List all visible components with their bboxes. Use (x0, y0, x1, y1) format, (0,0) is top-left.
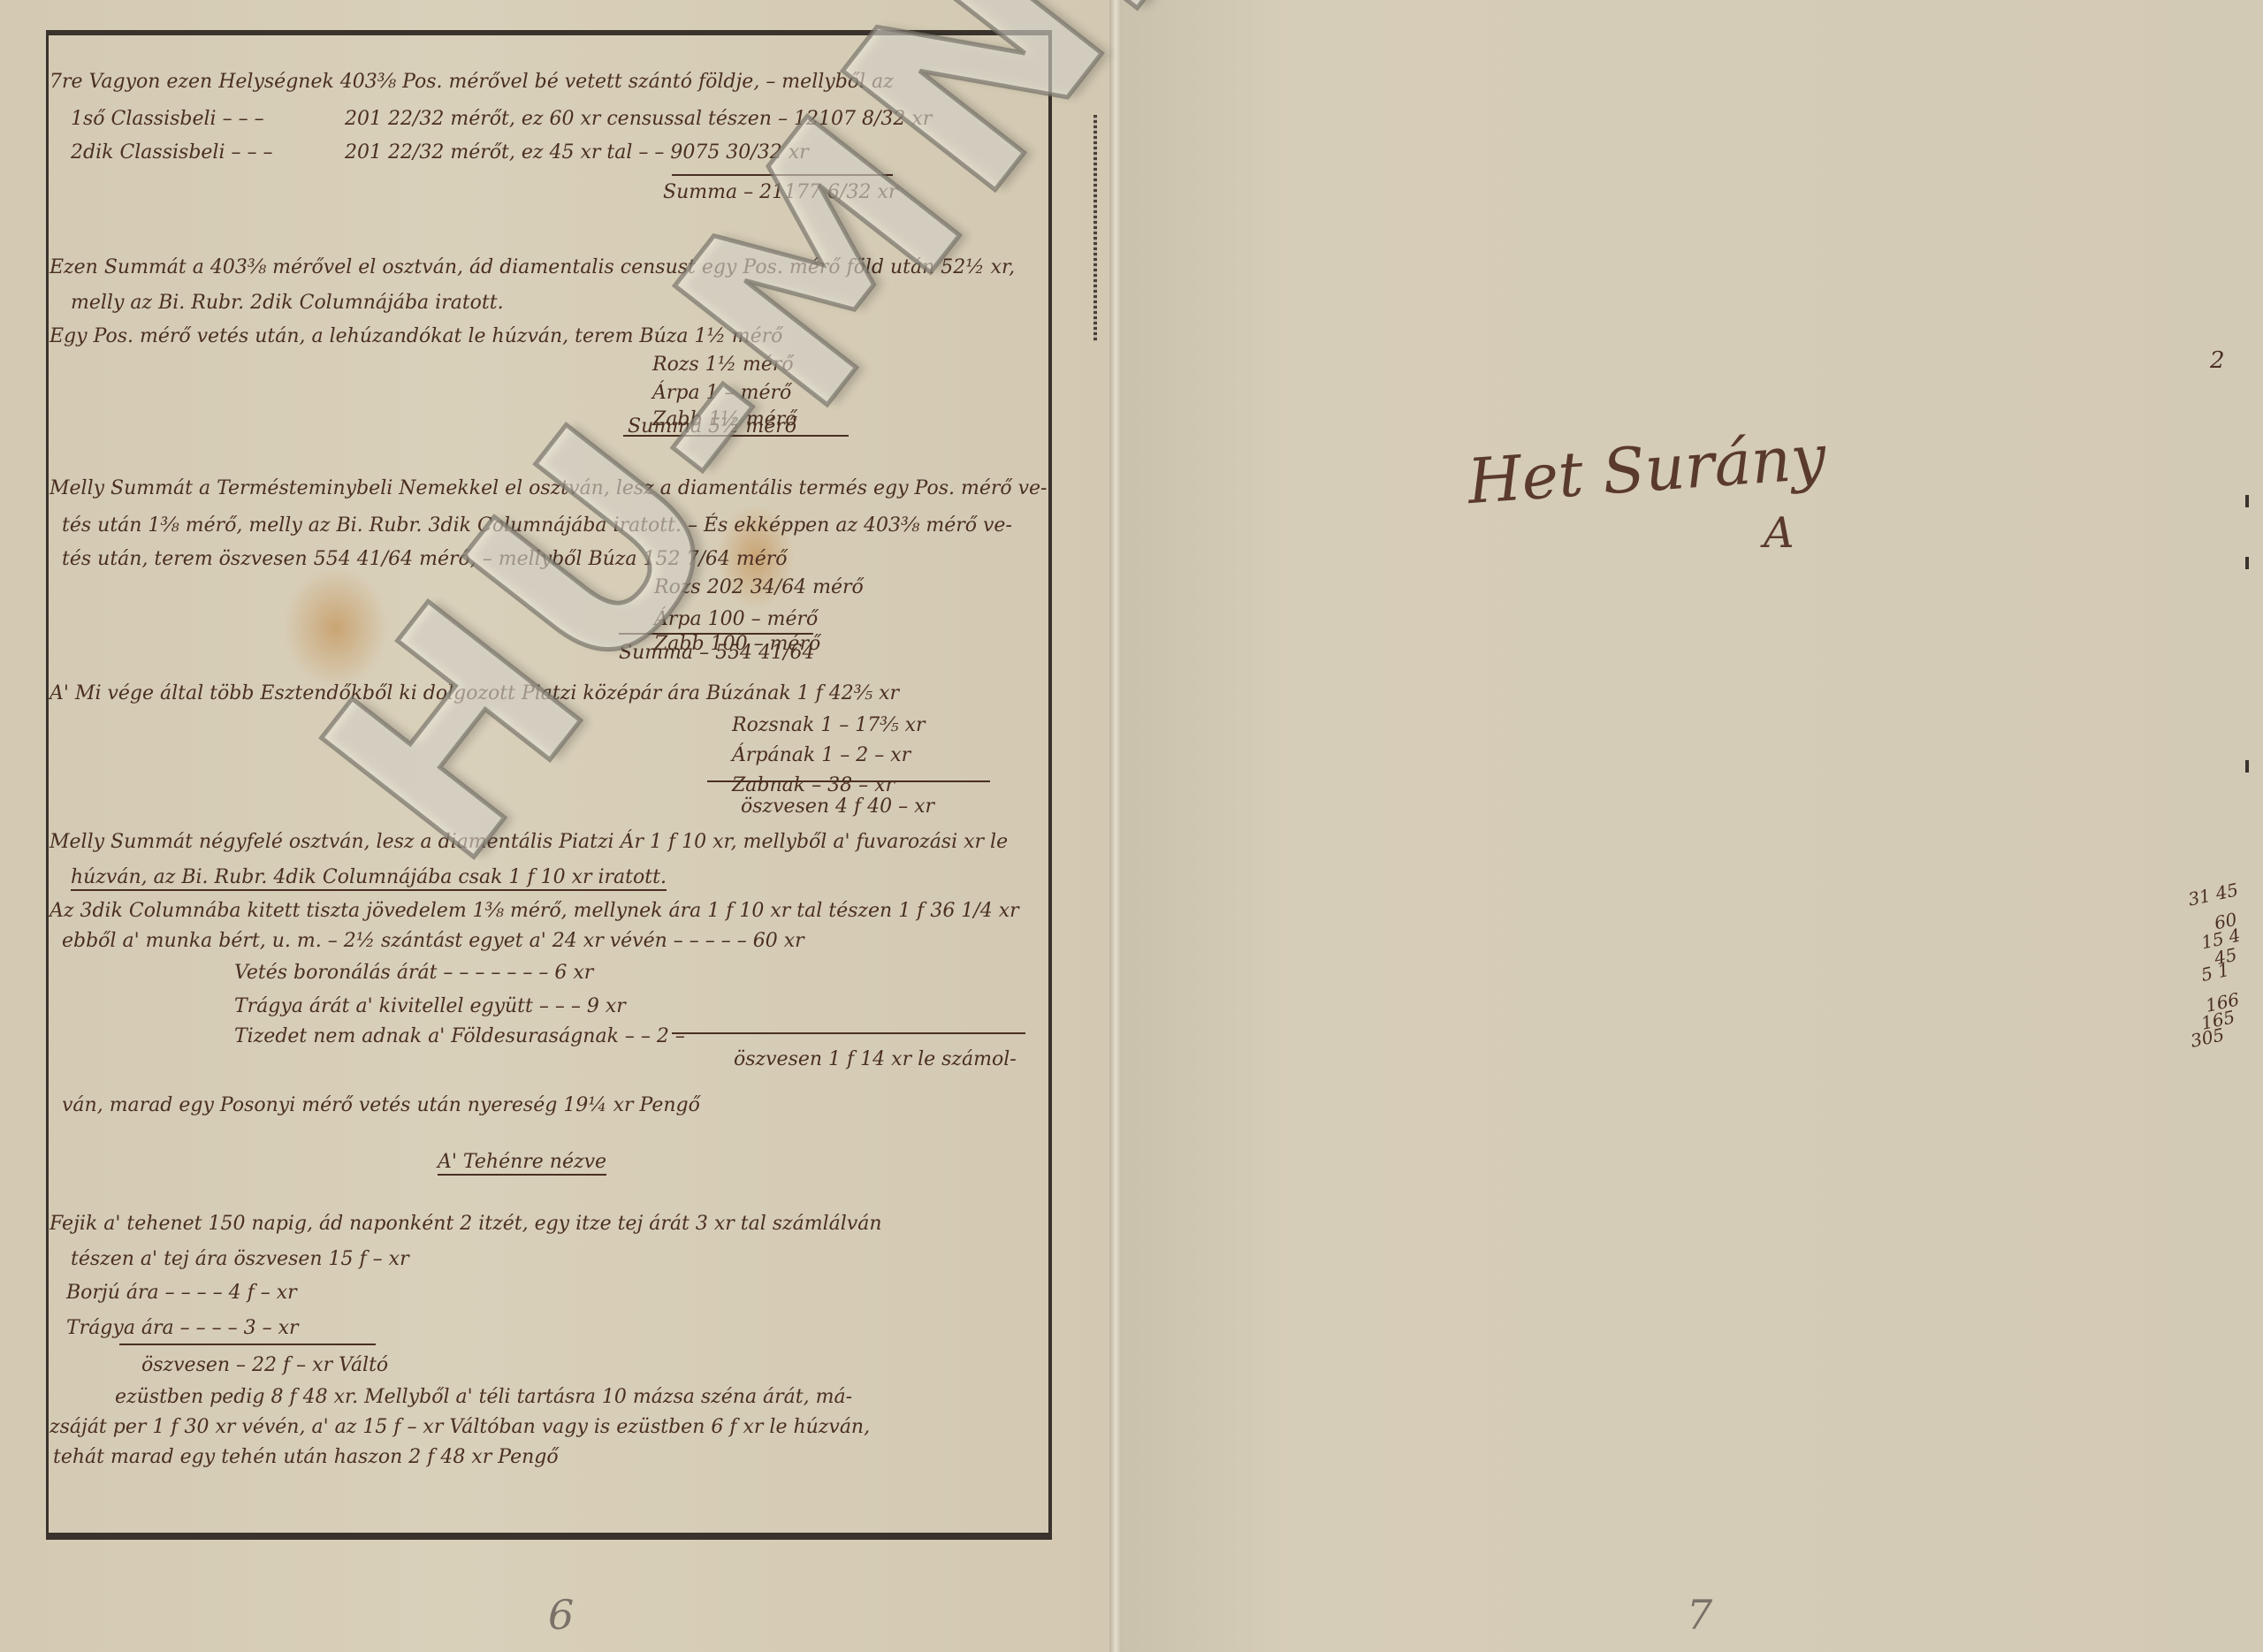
para5-line4: ebből a' munka bért, u. m. – 2½ szántást… (62, 930, 804, 953)
para3-line2: tés után 1⅜ mérő, melly az Bi. Rubr. 3di… (62, 514, 1012, 537)
cattle-total: öszvesen – 22 f – xr Váltó (141, 1354, 388, 1377)
para5-subtotal: öszvesen 1 f 14 xr le számol- (734, 1048, 1017, 1071)
para5-line1: Melly Summát négyfelé osztván, lesz a di… (50, 831, 1008, 854)
rule (119, 1344, 376, 1345)
para2-line2: melly az Bi. Rubr. 2dik Columnájába irat… (71, 292, 504, 315)
cattle-item-borju: Borjú ára – – – – 4 f – xr (66, 1282, 297, 1305)
para5-line5: ván, marad egy Posonyi mérő vetés után n… (62, 1094, 700, 1117)
item7-class1-value: 201 22/32 mérőt, ez 60 xr censussal tész… (345, 108, 932, 131)
edge-mark (2245, 495, 2249, 507)
cattle-line3: ezüstben pedig 8 f 48 xr. Mellyből a' té… (115, 1386, 852, 1409)
para4-price-rozs: Rozsnak 1 – 17⅗ xr (732, 714, 926, 737)
para4-summa: öszvesen 4 f 40 – xr (741, 796, 934, 818)
item7-class2-value: 201 22/32 mérőt, ez 45 xr tal – – 9075 3… (345, 141, 809, 164)
rule (672, 1032, 1025, 1034)
para2-line3: Egy Pos. mérő vetés után, a lehúzandókat… (50, 325, 782, 348)
item7-line1: 7re Vagyon ezen Helységnek 403⅜ Pos. mér… (50, 71, 894, 94)
para3-summa: Summa – 554 41/64 (619, 642, 814, 665)
edge-mark (2245, 557, 2249, 569)
rule (672, 174, 893, 176)
corner-mark: 2 (2210, 349, 2225, 372)
edge-mark (2245, 760, 2249, 773)
para4-line1: A' Mi vége által több Esztendőkből ki do… (50, 682, 899, 705)
para5-cost-boronalas: Vetés boronálás árát – – – – – – – 6 xr (234, 962, 593, 985)
para2-summa: Summa 5½ mérő (628, 415, 796, 438)
para3-line1: Melly Summát a Termésteminybeli Nemekkel… (50, 477, 1048, 500)
para2-line1: Ezen Summát a 403⅜ mérővel el osztván, á… (50, 256, 1015, 279)
para4-price-arpa: Árpának 1 – 2 – xr (732, 744, 911, 767)
item7-summa: Summa – 21177 6/32 xr (663, 181, 897, 204)
item7-class1-label: 1ső Classisbeli – – – (71, 108, 264, 131)
para3-crop-arpa: Árpa 100 – mérő (654, 608, 818, 631)
rule (707, 780, 990, 782)
stain (283, 566, 389, 689)
cattle-item-tragya: Trágya ára – – – – 3 – xr (66, 1317, 299, 1340)
para4-price-zab: Zabnak – 38 – xr (732, 774, 895, 797)
signature-mark: A (1764, 508, 1794, 558)
rule (619, 633, 813, 635)
right-page-number: 7 (1687, 1591, 1712, 1639)
para3-line3: tés után, terem öszvesen 554 41/64 mérő,… (62, 548, 788, 571)
left-page-number: 6 (548, 1591, 574, 1639)
item7-class2-label: 2dik Classisbeli – – – (71, 141, 273, 164)
cattle-line5: tehát marad egy tehén után haszon 2 f 48… (53, 1446, 559, 1469)
para2-crop-arpa: Árpa 1 – mérő (652, 382, 791, 405)
para5-line2: húzván, az Bi. Rubr. 4dik Columnájába cs… (71, 866, 667, 891)
cattle-line4: zsáját per 1 f 30 xr vévén, a' az 15 f –… (50, 1416, 870, 1439)
para5-line3: Az 3dik Columnába kitett tiszta jövedele… (50, 900, 1019, 923)
para2-crop-rozs: Rozs 1½ mérő (652, 354, 794, 377)
right-page (1116, 0, 2263, 1652)
para5-cost-tragya: Trágya árát a' kivitellel együtt – – – 9… (234, 995, 626, 1018)
manuscript-spread: 7re Vagyon ezen Helységnek 403⅜ Pos. mér… (0, 0, 2263, 1652)
book-gutter (1109, 0, 1122, 1652)
cattle-line2: tészen a' tej ára öszvesen 15 f – xr (71, 1248, 409, 1271)
cattle-line1: Fejik a' tehenet 150 napig, ád naponként… (50, 1213, 882, 1236)
binding-stitch (1093, 115, 1097, 341)
para3-crop-rozs: Rozs 202 34/64 mérő (654, 576, 864, 599)
cattle-heading: A' Tehénre nézve (438, 1151, 606, 1176)
para5-cost-tized: Tizedet nem adnak a' Földesuraságnak – –… (234, 1025, 685, 1048)
